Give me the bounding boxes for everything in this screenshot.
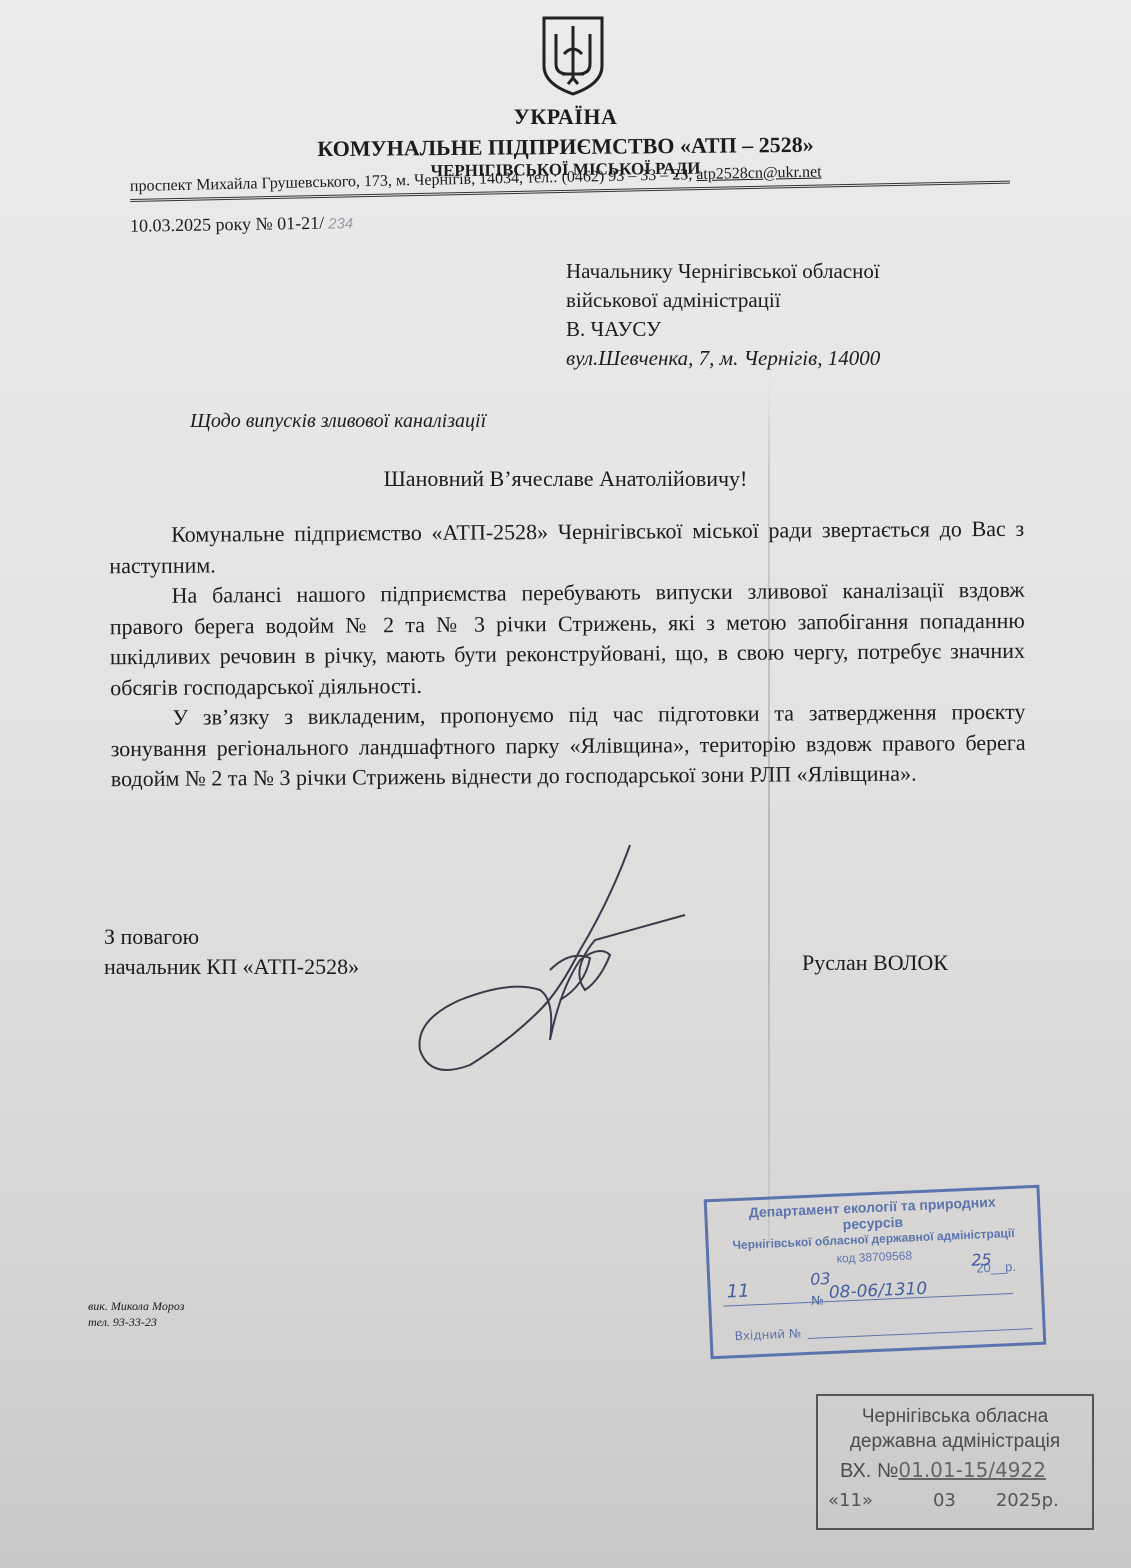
handwritten-signature-icon xyxy=(410,840,700,1080)
signature-position-block: З повагою начальник КП «АТП-2528» xyxy=(104,922,359,982)
email-link[interactable]: atp2528cn@ukr.net xyxy=(696,164,822,184)
stamp1-day: 11 xyxy=(726,1280,750,1302)
stamp1-year-hand: 25 xyxy=(971,1250,992,1270)
recipient-address: вул.Шевченка, 7, м. Чернігів, 14000 xyxy=(566,344,880,373)
body-paragraph-2: На балансі нашого підприємства перебуваю… xyxy=(109,575,1025,703)
signer-position: начальник КП «АТП-2528» xyxy=(104,952,359,982)
recipient-name: В. ЧАУСУ xyxy=(566,315,880,344)
executor-block: вик. Микола Мороз тел. 93-33-23 xyxy=(88,1298,184,1330)
body-paragraph-3: У зв’язку з викладеним, пропонуємо під ч… xyxy=(110,697,1026,795)
recipient-line2: військової адміністрації xyxy=(566,286,880,315)
stamp2-line2: державна адміністрація xyxy=(818,1431,1092,1453)
handwritten-number: 234 xyxy=(328,215,353,232)
recipient-line1: Начальнику Чернігівської обласної xyxy=(566,257,880,286)
stamp2-incoming-label: ВХ. № xyxy=(840,1460,898,1482)
letter-subject: Щодо випусків зливової каналізації xyxy=(190,410,486,433)
stamp2-incoming-number: 01.01-15/4922 xyxy=(898,1458,1046,1482)
executor-name: вик. Микола Мороз xyxy=(88,1298,184,1314)
stamp2-day: «11» xyxy=(828,1490,873,1511)
stamp1-incoming-label: Вхідний № xyxy=(734,1326,801,1343)
trident-coat-of-arms-icon xyxy=(540,14,606,96)
regional-administration-stamp: Чернігівська обласна державна адміністра… xyxy=(816,1394,1094,1530)
paper-fold-line xyxy=(768,380,770,1240)
stamp2-year: 2025р. xyxy=(996,1490,1059,1511)
stamp1-incoming-line xyxy=(808,1328,1033,1339)
ecology-department-stamp: Департамент екології та природних ресурс… xyxy=(704,1185,1047,1360)
recipient-block: Начальнику Чернігівської обласної військ… xyxy=(566,257,880,373)
letterhead-country: УКРАЇНА xyxy=(0,104,1131,130)
closing: З повагою xyxy=(104,922,359,952)
outgoing-reference: 10.03.2025 року № 01-21/234 xyxy=(130,212,354,237)
letter-body: Комунальне підприємство «АТП-2528» Черні… xyxy=(109,514,1026,795)
salutation: Шановний В’ячеславе Анатолійовичу! xyxy=(0,466,1131,492)
stamp2-month: 03 xyxy=(933,1490,956,1511)
body-paragraph-1: Комунальне підприємство «АТП-2528» Черні… xyxy=(109,514,1024,581)
signer-name: Руслан ВОЛОК xyxy=(802,950,948,976)
stamp2-line1: Чернігівська обласна xyxy=(818,1406,1092,1428)
reference-date-number: 10.03.2025 року № 01-21/ xyxy=(130,213,324,236)
executor-phone: тел. 93-33-23 xyxy=(88,1314,184,1330)
stamp2-incoming: ВХ. №01.01-15/4922 xyxy=(840,1458,1114,1483)
stamp2-date: «11»032025р. xyxy=(828,1490,1102,1511)
